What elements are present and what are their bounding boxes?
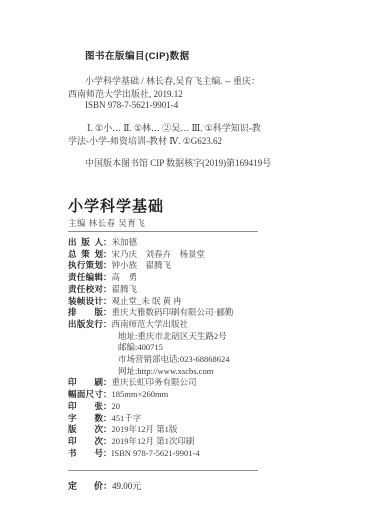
row-label: 总策划 <box>68 249 103 261</box>
colophon-row-isbn: 书号：ISBN 978-7-5621-9901-4 <box>68 448 233 460</box>
row-value: 高 勇 <box>112 272 138 282</box>
row-label: 责任校对 <box>68 284 103 296</box>
row-label: 责任编辑 <box>68 272 103 284</box>
row-label: 出版人 <box>68 237 103 249</box>
colophon-list: 出版人：米加德 总策划：宋乃庆 刘春卉 杨景堂 执行策划：钟小族 翟腾飞 责任编… <box>68 237 233 459</box>
colon: ： <box>103 424 112 434</box>
editors-line: 主编 林长春 吴育飞 <box>68 217 145 229</box>
copyright-page: { "ui": { "colon": "：" }, "cip": { "head… <box>0 0 375 527</box>
price-value: 49.00元 <box>112 481 141 491</box>
colon: ： <box>103 296 112 306</box>
publisher-postcode: 邮编:400715 <box>118 342 233 354</box>
cip-classification-line-1: Ⅰ. ①小… Ⅱ. ①林… ②吴… Ⅲ. ①科学知识-教 <box>87 121 261 134</box>
row-label: 印张 <box>68 401 103 413</box>
row-label: 幅面尺寸 <box>68 389 103 401</box>
colophon-row-editor: 责任编辑：高 勇 <box>68 272 233 284</box>
colon: ： <box>103 377 112 387</box>
colon: ： <box>103 401 112 411</box>
row-value: 宋乃庆 刘春卉 杨景堂 <box>112 249 206 259</box>
row-label: 字数 <box>68 413 103 425</box>
row-value: 20 <box>112 401 121 411</box>
colophon-row-typesetting: 排版：重庆大雅数码印刷有限公司·郦勤 <box>68 307 233 319</box>
row-label: 出版发行 <box>68 319 103 331</box>
cip-classification-line-2: 学法-小学-师资培训-教材 Ⅳ. ①G623.62 <box>68 134 222 147</box>
cip-publisher-line: 西南师范大学出版社, 2019.12 <box>68 87 183 100</box>
row-label: 书号 <box>68 448 103 460</box>
row-value: 185mm×260mm <box>112 389 169 399</box>
divider-top <box>68 231 258 232</box>
colon: ： <box>103 284 112 294</box>
cip-header: 图书在版编目(CIP)数据 <box>85 48 190 62</box>
colophon-row-edition: 版次：2019年12月 第1版 <box>68 424 233 436</box>
row-label: 装帧设计 <box>68 296 103 308</box>
row-value: ISBN 978-7-5621-9901-4 <box>112 448 200 458</box>
colon: ： <box>103 307 112 317</box>
colophon-row-proofreader: 责任校对：翟腾飞 <box>68 284 233 296</box>
colophon-row-designer: 装帧设计：观止堂_未 氓 黄 冉 <box>68 296 233 308</box>
colophon-row-impression: 印次：2019年12月 第1次印刷 <box>68 436 233 448</box>
publisher-address: 地址:重庆市北碚区天生路2号 <box>118 331 233 343</box>
divider-bottom <box>68 470 258 471</box>
colophon-row-printer: 印刷：重庆长虹印务有限公司 <box>68 377 233 389</box>
colophon-row-chief-planners: 总策划：宋乃庆 刘春卉 杨景堂 <box>68 249 233 261</box>
cip-record-number: 中国版本图书馆 CIP 数据核字(2019)第169419号 <box>85 156 271 169</box>
colophon-row-executive-planners: 执行策划：钟小族 翟腾飞 <box>68 260 233 272</box>
colon: ： <box>103 389 112 399</box>
row-value: 451千字 <box>112 413 142 423</box>
row-label: 执行策划 <box>68 260 103 272</box>
row-value: 翟腾飞 <box>112 284 138 294</box>
row-value: 米加德 <box>112 237 138 247</box>
publisher-website: 网址:http://www.xscbs.com <box>118 366 233 378</box>
row-value: 重庆大雅数码印刷有限公司·郦勤 <box>112 307 234 317</box>
price-label: 定价 <box>68 479 103 492</box>
colophon-row-dimensions: 幅面尺寸：185mm×260mm <box>68 389 233 401</box>
colon: ： <box>103 413 112 423</box>
row-value: 2019年12月 第1次印刷 <box>112 436 195 446</box>
row-value: 西南师范大学出版社 <box>112 319 189 329</box>
colon: ： <box>103 260 112 270</box>
cip-title-line: 小学科学基础 / 林长春,吴育飞主编. -- 重庆： <box>85 74 260 87</box>
colon: ： <box>103 448 112 458</box>
colophon-row-word-count: 字数：451千字 <box>68 413 233 425</box>
publisher-phone: 市场营销部电话:023-68868624 <box>118 354 233 366</box>
colon: ： <box>103 319 112 329</box>
colon: ： <box>103 436 112 446</box>
colon: ： <box>103 481 112 491</box>
row-label: 版次 <box>68 424 103 436</box>
row-label: 印次 <box>68 436 103 448</box>
cip-isbn-line: ISBN 978-7-5621-9901-4 <box>85 100 178 110</box>
colon: ： <box>103 249 112 259</box>
row-label: 印刷 <box>68 377 103 389</box>
colophon-row-publisher: 出版发行：西南师范大学出版社地址:重庆市北碚区天生路2号邮编:400715市场营… <box>68 319 233 378</box>
colophon-row-publisher-person: 出版人：米加德 <box>68 237 233 249</box>
price-row: 定价：49.00元 <box>68 479 141 492</box>
row-value: 重庆长虹印务有限公司 <box>112 377 197 387</box>
colon: ： <box>103 272 112 282</box>
row-value: 观止堂_未 氓 黄 冉 <box>112 296 182 306</box>
book-title: 小学科学基础 <box>68 195 164 216</box>
row-value: 2019年12月 第1版 <box>112 424 178 434</box>
colophon-row-sheets: 印张：20 <box>68 401 233 413</box>
row-label: 排版 <box>68 307 103 319</box>
colon: ： <box>103 237 112 247</box>
row-value: 钟小族 翟腾飞 <box>112 260 172 270</box>
